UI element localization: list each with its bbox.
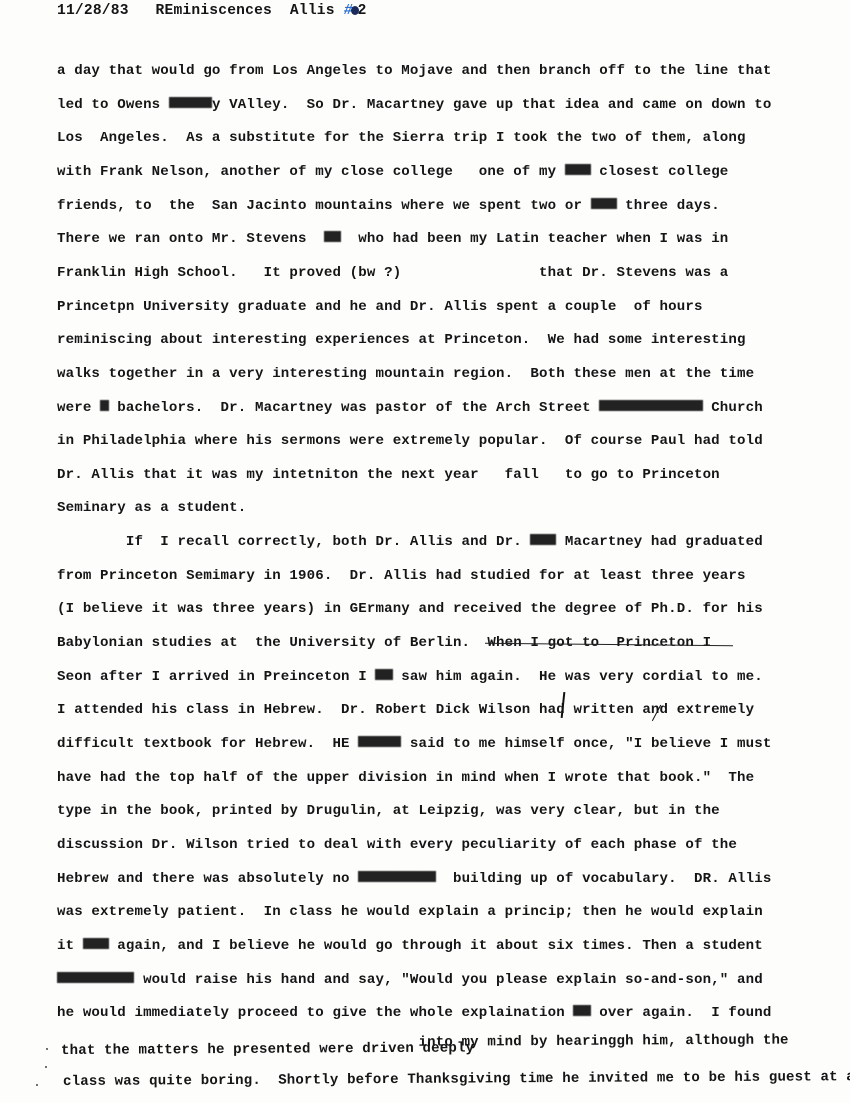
text-line: Babylonian studies at the University of … bbox=[57, 634, 711, 652]
text-line: was extremely patient. In class he would… bbox=[57, 903, 763, 921]
text-run: y VAlley. So Dr. Macartney gave up that … bbox=[212, 97, 772, 113]
text-run: a day that would go from Los Angeles to … bbox=[57, 63, 771, 79]
text-line: that the matters he presented were drive… bbox=[61, 1039, 474, 1060]
text-run: (I believe it was three years) in GErman… bbox=[57, 601, 763, 617]
text-line: If I recall correctly, both Dr. Allis an… bbox=[57, 533, 763, 551]
text-run: difficult textbook for Hebrew. HE bbox=[57, 736, 358, 752]
text-run: with Frank Nelson, another of my close c… bbox=[57, 164, 565, 180]
text-run: discussion Dr. Wilson tried to deal with… bbox=[57, 837, 737, 853]
typed-over-text: XXXXXyXXXXXX bbox=[599, 400, 702, 411]
text-run: Dr. Allis that it was my intetniton the … bbox=[57, 467, 720, 483]
text-line: it yag again, and I believe he would go … bbox=[57, 937, 763, 955]
page-header: 11/28/83 REminiscences Allis #2 bbox=[57, 3, 367, 19]
text-run: three days. bbox=[617, 198, 720, 214]
typed-over-text: bxildingx bbox=[358, 871, 435, 882]
text-run: again, and I believe he would go through… bbox=[109, 938, 763, 954]
text-line: in Philadelphia where his sermons were e… bbox=[57, 432, 763, 450]
text-run: I attended his class in Hebrew. Dr. Robe… bbox=[57, 702, 754, 718]
text-line: were x bachelors. Dr. Macartney was past… bbox=[57, 399, 763, 417]
text-line: Franklin High School. It proved (bw ?) t… bbox=[57, 264, 728, 282]
typed-over-text: thr bbox=[591, 198, 617, 209]
margin-speck bbox=[45, 1066, 47, 1068]
text-line: with Frank Nelson, another of my close c… bbox=[57, 163, 728, 181]
document-page: 11/28/83 REminiscences Allis #2 a day th… bbox=[0, 0, 850, 1103]
typed-over-text: Mxx bbox=[530, 534, 556, 545]
text-line: reminiscing about interesting experience… bbox=[57, 331, 746, 349]
text-line: class was quite boring. Shortly before T… bbox=[63, 1068, 850, 1091]
text-run: Seminary as a student. bbox=[57, 500, 246, 516]
text-run: Macartney had graduated bbox=[556, 534, 763, 550]
text-line: Dr. Allis that it was my intetniton the … bbox=[57, 466, 720, 484]
text-run: class was quite boring. Shortly before T… bbox=[63, 1069, 850, 1090]
text-line: he would immediately proceed to give the… bbox=[57, 1004, 771, 1022]
margin-speck bbox=[36, 1084, 38, 1086]
text-line: Seon after I arrived in Preinceton I xx … bbox=[57, 668, 763, 686]
typed-over-text: xx bbox=[573, 1005, 590, 1016]
text-line: friends, to the San Jacinto mountains wh… bbox=[57, 197, 720, 215]
text-run: have had the top half of the upper divis… bbox=[57, 770, 754, 786]
text-line: Hebrew and there was absolutely no bxild… bbox=[57, 870, 771, 888]
text-run: over again. I found bbox=[591, 1005, 772, 1021]
text-run: led to Owens bbox=[57, 97, 169, 113]
text-run: reminiscing about interesting experience… bbox=[57, 332, 746, 348]
text-run: Franklin High School. It proved (bw ?) t… bbox=[57, 265, 728, 281]
text-run: If I recall correctly, both Dr. Allis an… bbox=[57, 534, 530, 550]
margin-speck bbox=[46, 1048, 48, 1050]
header-page-number: 2 bbox=[358, 3, 367, 19]
text-run: Church bbox=[703, 400, 763, 416]
text-run: who had been my Latin teacher when I was… bbox=[341, 231, 728, 247]
typed-over-text: Yalky bbox=[169, 97, 212, 108]
text-run: was extremely patient. In class he would… bbox=[57, 904, 763, 920]
text-line: have had the top half of the upper divis… bbox=[57, 769, 754, 787]
text-run: in Philadelphia where his sermons were e… bbox=[57, 433, 763, 449]
text-line: a day that would go from Los Angeles to … bbox=[57, 62, 771, 80]
text-run: said to me himself once, "I believe I mu… bbox=[401, 736, 771, 752]
text-line: Seminary as a student. bbox=[57, 499, 246, 517]
text-line: difficult textbook for Hebrew. HE xxxxt … bbox=[57, 735, 771, 753]
text-line: There we ran onto Mr. Stevens Sx who had… bbox=[57, 230, 728, 248]
typed-over-text: xxxxt bbox=[358, 736, 401, 747]
text-run: he would immediately proceed to give the… bbox=[57, 1005, 573, 1021]
text-run: Hebrew and there was absolutely no bbox=[57, 871, 358, 887]
text-run: that the matters he presented were drive… bbox=[61, 1040, 474, 1059]
text-run: bachelors. Dr. Macartney was pastor of t… bbox=[109, 400, 600, 416]
text-line: walks together in a very interesting mou… bbox=[57, 365, 754, 383]
text-run: from Princeton Semimary in 1906. Dr. All… bbox=[57, 568, 746, 584]
header-title: REminiscences bbox=[156, 3, 272, 19]
text-line: Los Angeles. As a substitute for the Sie… bbox=[57, 129, 746, 147]
text-run: closest college bbox=[591, 164, 729, 180]
typed-over-text: xx bbox=[375, 669, 392, 680]
text-run: building up of vocabulary. DR. Allis bbox=[436, 871, 772, 887]
header-subject: Allis bbox=[290, 3, 335, 19]
typed-over-text: wxixxwxid bbox=[57, 972, 134, 983]
text-run: saw him again. He was very cordial to me… bbox=[393, 669, 763, 685]
text-line: type in the book, printed by Drugulin, a… bbox=[57, 802, 720, 820]
text-run: were bbox=[57, 400, 100, 416]
text-line: Princetpn University graduate and he and… bbox=[57, 298, 703, 316]
text-run: would raise his hand and say, "Would you… bbox=[134, 972, 762, 988]
text-line: from Princeton Semimary in 1906. Dr. All… bbox=[57, 567, 746, 585]
text-line: wxixxwxid would raise his hand and say, … bbox=[57, 971, 763, 989]
text-run: it bbox=[57, 938, 83, 954]
text-line: led to Owens Yalkyy VAlley. So Dr. Macar… bbox=[57, 96, 771, 114]
typed-over-text: Sx bbox=[324, 231, 341, 242]
text-run: Princetpn University graduate and he and… bbox=[57, 299, 703, 315]
text-run: Los Angeles. As a substitute for the Sie… bbox=[57, 130, 746, 146]
typed-over-text: x bbox=[100, 400, 109, 411]
text-line: I attended his class in Hebrew. Dr. Robe… bbox=[57, 701, 754, 719]
text-run: Babylonian studies at the University of … bbox=[57, 635, 487, 651]
text-run: Seon after I arrived in Preinceton I bbox=[57, 669, 375, 685]
text-run: friends, to the San Jacinto mountains wh… bbox=[57, 198, 591, 214]
typed-over-text: six bbox=[565, 164, 591, 175]
text-line: (I believe it was three years) in GErman… bbox=[57, 600, 763, 618]
typed-over-text: yag bbox=[83, 938, 109, 949]
text-run: type in the book, printed by Drugulin, a… bbox=[57, 803, 720, 819]
struck-through-text: When I got to Princeton I bbox=[487, 635, 711, 651]
text-line: discussion Dr. Wilson tried to deal with… bbox=[57, 836, 737, 854]
text-run: There we ran onto Mr. Stevens bbox=[57, 231, 324, 247]
text-run: walks together in a very interesting mou… bbox=[57, 366, 754, 382]
header-date: 11/28/83 bbox=[57, 3, 129, 19]
